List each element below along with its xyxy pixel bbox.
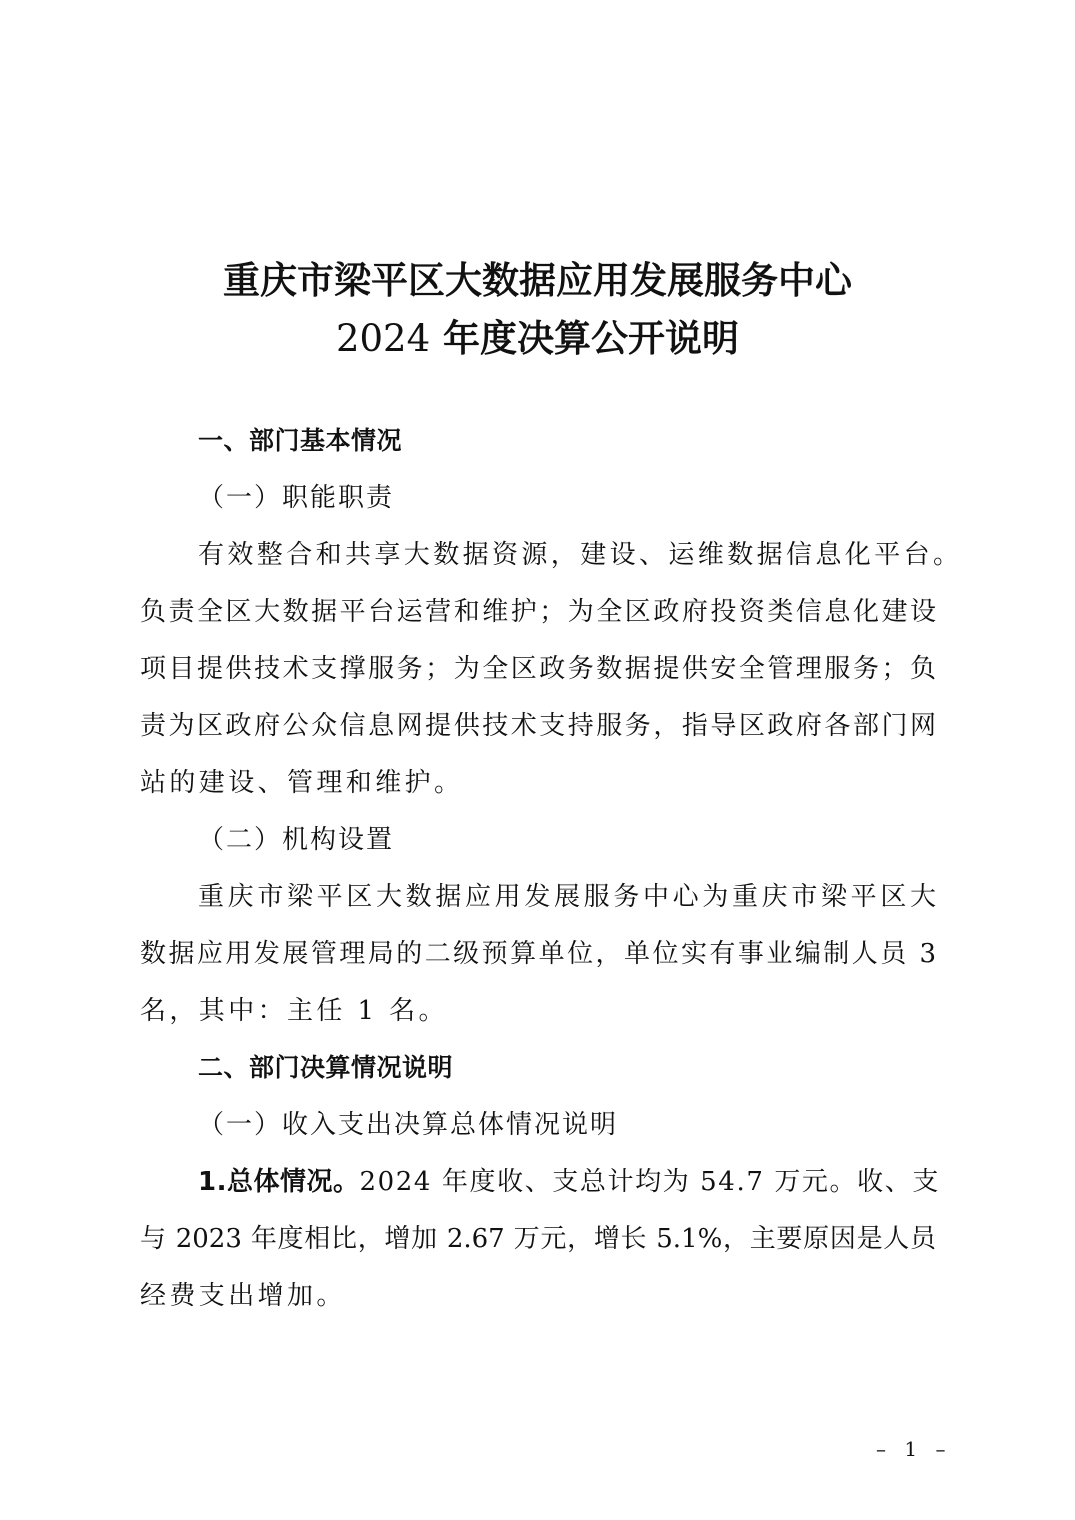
- subsection-heading-1-2: （二）机构设置: [198, 827, 998, 853]
- paragraph-line: 站的建设、管理和维护。: [140, 770, 940, 796]
- paragraph-line: 责为区政府公众信息网提供技术支持服务，指导区政府各部门网: [140, 713, 936, 739]
- section-heading-2: 二、部门决算情况说明: [198, 1055, 998, 1080]
- title-rest: 年度决算公开说明: [430, 316, 739, 360]
- document-title-line-2: 2024 年度决算公开说明: [0, 320, 1075, 357]
- paragraph-text: 2024 年度收、支总计均为 54.7 万元。收、支: [359, 1167, 939, 1197]
- paragraph-line: 负责全区大数据平台运营和维护；为全区政府投资类信息化建设: [140, 599, 936, 625]
- paragraph-line: 经费支出增加。: [140, 1283, 940, 1309]
- paragraph-line: 有效整合和共享大数据资源，建设、运维数据信息化平台。: [198, 542, 998, 568]
- subsection-heading-1-1: （一）职能职责: [198, 485, 998, 511]
- section-heading-1: 一、部门基本情况: [198, 428, 998, 453]
- subsection-heading-2-1: （一）收入支出决算总体情况说明: [198, 1112, 998, 1138]
- paragraph-lead: 1.总体情况。: [198, 1167, 359, 1197]
- title-year: 2024: [336, 317, 430, 360]
- document-title-line-1: 重庆市梁平区大数据应用发展服务中心: [0, 262, 1075, 299]
- paragraph-line: 数据应用发展管理局的二级预算单位，单位实有事业编制人员 3: [140, 941, 936, 967]
- paragraph-line: 重庆市梁平区大数据应用发展服务中心为重庆市梁平区大: [198, 884, 936, 910]
- paragraph-line: 1.总体情况。2024 年度收、支总计均为 54.7 万元。收、支: [198, 1169, 938, 1195]
- page-number: – 1 –: [876, 1437, 951, 1461]
- paragraph-line: 名，其中：主任 1 名。: [140, 998, 940, 1024]
- paragraph-line: 项目提供技术支撑服务；为全区政务数据提供安全管理服务；负: [140, 656, 936, 682]
- paragraph-line: 与 2023 年度相比，增加 2.67 万元，增长 5.1%，主要原因是人员: [140, 1226, 936, 1252]
